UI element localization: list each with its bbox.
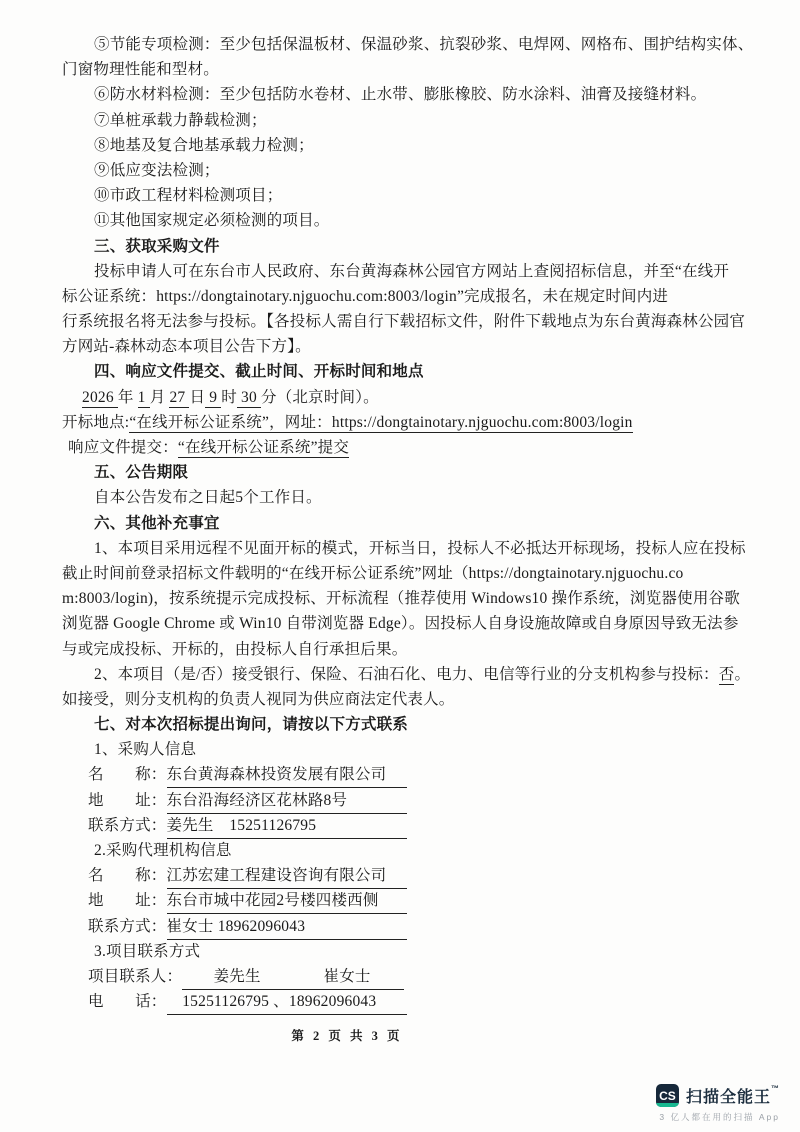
text-span: 浏览器 Google Chrome 或 Win10 自带浏览器 Edge）。因投… <box>62 615 739 632</box>
text-span: 方网站-森林动态本项目公告下方】。 <box>62 338 311 355</box>
text-span: 七、对本次招标提出询问，请按以下方式联系 <box>94 716 408 733</box>
underlined-text: 1 <box>138 389 150 408</box>
text-span: ⑨低应变法检测； <box>94 162 220 179</box>
text-span: 开标地点: <box>62 414 129 431</box>
page-number: 第 2 页 共 3 页 <box>0 1026 694 1044</box>
field-value-underlined: 崔女士 18962096043 <box>167 916 407 940</box>
text-span: 月 <box>150 389 170 406</box>
text-span: 2、本项目（是/否）接受银行、保险、石油石化、电力、电信等行业的分支机构参与投标… <box>94 666 719 683</box>
text-line: 1、采购人信息 <box>62 737 748 762</box>
field-value-underlined: 东台沿海经济区花林路8号 <box>167 790 407 814</box>
text-line: 如接受，则分支机构的负责人视同为供应商法定代表人。 <box>62 687 748 712</box>
underlined-text: 否 <box>719 666 735 685</box>
text-line: 2、本项目（是/否）接受银行、保险、石油石化、电力、电信等行业的分支机构参与投标… <box>62 662 748 687</box>
watermark-brand-name: 扫描全能王™ <box>686 1084 780 1107</box>
field-value-underlined: 姜先生 15251126795 <box>167 815 407 839</box>
text-span: 三、获取采购文件 <box>94 238 220 255</box>
text-line: 标公证系统：https://dongtainotary.njguochu.com… <box>62 284 748 309</box>
text-span: 门窗物理性能和型材。 <box>62 61 219 78</box>
field-value-underlined: 姜先生 崔女士 <box>182 966 404 990</box>
text-span: 截止时间前登录招标文件载明的“在线开标公证系统”网址（https://dongt… <box>62 565 683 582</box>
text-line: 三、获取采购文件 <box>62 234 748 259</box>
underlined-text: “在线开标公证系统”，网址：https://dongtainotary.njgu… <box>129 414 632 433</box>
camscanner-logo-icon: CS <box>656 1084 679 1107</box>
field-value-underlined: 江苏宏建工程建设咨询有限公司 <box>167 865 407 889</box>
field-label: 电 话： <box>88 989 167 1014</box>
contact-field-row: 联系方式：姜先生 15251126795 <box>62 813 748 838</box>
trademark-symbol: ™ <box>771 1084 780 1093</box>
text-line: 门窗物理性能和型材。 <box>62 57 748 82</box>
text-line: 1、本项目采用远程不见面开标的模式，开标当日，投标人不必抵达开标现场，投标人应在… <box>62 536 748 561</box>
text-span: 1、采购人信息 <box>94 741 196 758</box>
text-span: 2.采购代理机构信息 <box>94 842 232 859</box>
text-line: 四、响应文件提交、截止时间、开标时间和地点 <box>62 359 748 384</box>
contact-field-row: 地 址：东台沿海经济区花林路8号 <box>62 788 748 813</box>
text-span: 3.项目联系方式 <box>94 943 200 960</box>
text-span: 四、响应文件提交、截止时间、开标时间和地点 <box>94 363 424 380</box>
text-span: 与或完成投标、开标的，由投标人自行承担后果。 <box>62 641 407 658</box>
text-line: ⑧地基及复合地基承载力检测； <box>62 133 748 158</box>
contact-field-row: 地 址：东台市城中花园2号楼四楼西侧 <box>62 888 748 913</box>
text-line: 2.采购代理机构信息 <box>62 838 748 863</box>
text-line: 投标申请人可在东台市人民政府、东台黄海森林公园官方网站上查阅招标信息，并至“在线… <box>62 259 748 284</box>
text-span: 响应文件提交： <box>68 439 178 456</box>
text-span: ⑩市政工程材料检测项目； <box>94 187 282 204</box>
text-span: 自本公告发布之日起5个工作日。 <box>94 489 322 506</box>
underlined-text: 9 <box>205 389 221 408</box>
text-span: 行系统报名将无法参与投标。【各投标人需自行下载招标文件，附件下载地点为东台黄海森… <box>62 313 745 330</box>
text-line: 开标地点:“在线开标公证系统”，网址：https://dongtainotary… <box>62 410 748 435</box>
text-line: 与或完成投标、开标的，由投标人自行承担后果。 <box>62 637 748 662</box>
contact-field-row: 项目联系人： 姜先生 崔女士 <box>62 964 748 989</box>
field-value-underlined: 东台市城中花园2号楼四楼西侧 <box>167 890 407 914</box>
text-line: 2026 年 1 月 27 日 9 时 30 分（北京时间）。 <box>62 385 748 410</box>
text-span: 1、本项目采用远程不见面开标的模式，开标当日，投标人不必抵达开标现场，投标人应在… <box>94 540 746 557</box>
field-value-underlined: 东台黄海森林投资发展有限公司 <box>167 764 407 788</box>
underlined-text: 30 <box>237 389 261 408</box>
text-span: 投标申请人可在东台市人民政府、东台黄海森林公园官方网站上查阅招标信息，并至“在线… <box>94 263 729 280</box>
text-line: 3.项目联系方式 <box>62 939 748 964</box>
text-span: 分（北京时间）。 <box>261 389 379 406</box>
contact-field-row: 名 称：东台黄海森林投资发展有限公司 <box>62 762 748 787</box>
field-label: 联系方式： <box>88 813 167 838</box>
text-line: ⑥防水材料检测：至少包括防水卷材、止水带、膨胀橡胶、防水涂料、油膏及接缝材料。 <box>62 82 748 107</box>
text-line: ⑪其他国家规定必须检测的项目。 <box>62 208 748 233</box>
text-line: 五、公告期限 <box>62 460 748 485</box>
text-line: 浏览器 Google Chrome 或 Win10 自带浏览器 Edge）。因投… <box>62 611 748 636</box>
text-span: 标公证系统：https://dongtainotary.njguochu.com… <box>62 288 668 305</box>
text-span: 如接受，则分支机构的负责人视同为供应商法定代表人。 <box>62 691 455 708</box>
watermark-brand-row: CS 扫描全能王™ <box>656 1084 780 1107</box>
text-span: m:8003/login)，按系统提示完成投标、开标流程（推荐使用 Window… <box>62 590 740 607</box>
text-line: 方网站-森林动态本项目公告下方】。 <box>62 334 748 359</box>
text-line: ⑦单桩承载力静载检测； <box>62 108 748 133</box>
field-label: 地 址： <box>88 888 167 913</box>
underlined-text: 2026 <box>82 389 118 408</box>
brand-text: 扫描全能王 <box>686 1089 771 1106</box>
text-line: 自本公告发布之日起5个工作日。 <box>62 485 748 510</box>
field-label: 联系方式： <box>88 914 167 939</box>
text-span: ⑤节能专项检测：至少包括保温板材、保温砂浆、抗裂砂浆、电焊网、网格布、围护结构实… <box>94 36 753 53</box>
text-line: ⑨低应变法检测； <box>62 158 748 183</box>
scanner-watermark: CS 扫描全能王™ 3 亿人都在用的扫描 App <box>656 1084 780 1123</box>
watermark-tagline: 3 亿人都在用的扫描 App <box>656 1111 780 1123</box>
document-body: ⑤节能专项检测：至少包括保温板材、保温砂浆、抗裂砂浆、电焊网、网格布、围护结构实… <box>62 32 748 1014</box>
text-line: m:8003/login)，按系统提示完成投标、开标流程（推荐使用 Window… <box>62 586 748 611</box>
text-line: ⑤节能专项检测：至少包括保温板材、保温砂浆、抗裂砂浆、电焊网、网格布、围护结构实… <box>62 32 748 57</box>
contact-field-row: 名 称：江苏宏建工程建设咨询有限公司 <box>62 863 748 888</box>
field-value-underlined: 15251126795 、18962096043 <box>167 991 407 1015</box>
text-line: ⑩市政工程材料检测项目； <box>62 183 748 208</box>
contact-field-row: 电 话： 15251126795 、18962096043 <box>62 989 748 1014</box>
contact-field-row: 联系方式：崔女士 18962096043 <box>62 914 748 939</box>
text-span: 时 <box>221 389 237 406</box>
scanned-document-page: ⑤节能专项检测：至少包括保温板材、保温砂浆、抗裂砂浆、电焊网、网格布、围护结构实… <box>0 0 800 1132</box>
text-line: 六、其他补充事宜 <box>62 511 748 536</box>
text-line: 行系统报名将无法参与投标。【各投标人需自行下载招标文件，附件下载地点为东台黄海森… <box>62 309 748 334</box>
text-line: 七、对本次招标提出询问，请按以下方式联系 <box>62 712 748 737</box>
underlined-text: “在线开标公证系统”提交 <box>178 439 349 458</box>
field-label: 名 称： <box>88 762 167 787</box>
text-span: 日 <box>189 389 205 406</box>
field-label: 地 址： <box>88 788 167 813</box>
text-span: 年 <box>118 389 138 406</box>
field-label: 名 称： <box>88 863 167 888</box>
underlined-text: 27 <box>169 389 189 408</box>
text-span: ⑥防水材料检测：至少包括防水卷材、止水带、膨胀橡胶、防水涂料、油膏及接缝材料。 <box>94 86 706 103</box>
text-span: ⑧地基及复合地基承载力检测； <box>94 137 314 154</box>
text-span: 。 <box>734 666 750 683</box>
text-span: ⑦单桩承载力静载检测； <box>94 112 267 129</box>
text-span: 五、公告期限 <box>94 464 188 481</box>
text-line: 响应文件提交：“在线开标公证系统”提交 <box>62 435 748 460</box>
text-span: 六、其他补充事宜 <box>94 515 220 532</box>
field-label: 项目联系人： <box>88 964 182 989</box>
text-span: ⑪其他国家规定必须检测的项目。 <box>94 212 330 229</box>
text-line: 截止时间前登录招标文件载明的“在线开标公证系统”网址（https://dongt… <box>62 561 748 586</box>
